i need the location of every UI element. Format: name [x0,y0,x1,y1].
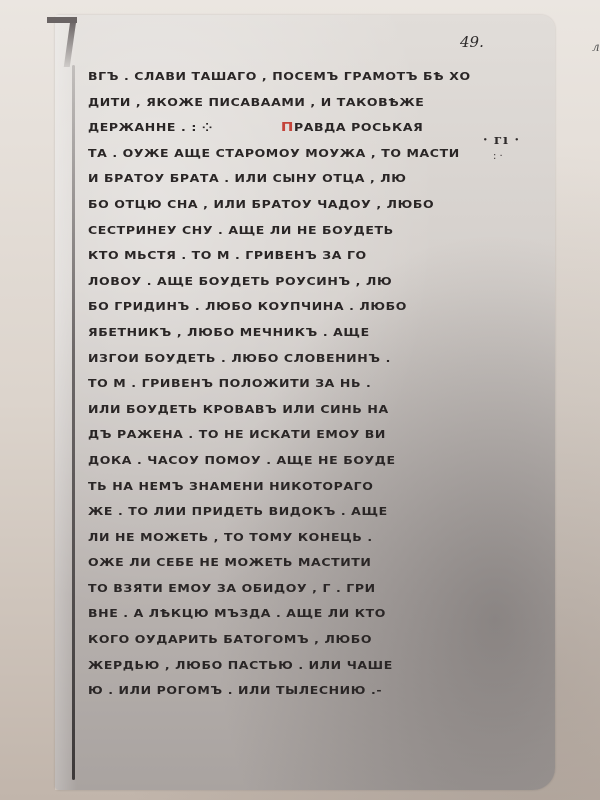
text-line: бо гридинъ . любо коупчина . любо [88,297,488,318]
text-line: вгъ . слави ташаго , посемъ грамотъ бѣ х… [88,66,488,87]
text-line: дити , якоже писаваами , и таковѣже [88,92,488,113]
text-line: и братоу брата . или сыну отца , лю [88,169,488,190]
text-line-rubric: держанне . : ⁘ Правда роськая [88,117,488,138]
text-line: дъ ражена . то не искати емоу ви [88,425,488,446]
margin-dots: : · [493,151,503,162]
text-line: оже ли себе не можеть мастити [88,553,488,574]
book-page: л 49. · гı · : · вгъ . слави ташаго , по… [0,0,600,800]
text-line: дока . часоу помоу . аще не боуде [88,450,488,471]
text-line: та . оуже аще старомоу моужа , то масти [88,143,488,164]
text-line: вне . а лѣкцю мъзда . аще ли кто [88,604,488,625]
text-line: или боудеть кровавъ или синь на [88,399,488,420]
text-line: изгои боудеть . любо словенинъ . [88,348,488,369]
text-line: ловоу . аще боудеть роусинъ , лю [88,271,488,292]
rubric-title: равда роськая [294,122,423,134]
text-line: сестринеу сну . аще ли не боудеть [88,220,488,241]
text-line: то взяти емоу за обидоу , г . гри [88,578,488,599]
text-line: же . то лии придеть видокъ . аще [88,501,488,522]
rubric-initial: П [281,120,294,135]
text-line: ябетникъ , любо мечникъ . аще [88,322,488,343]
text-line: кого оударить батогомъ , любо [88,629,488,650]
manuscript-text: вгъ . слави ташаго , посемъ грамотъ бѣ х… [88,64,488,704]
text-segment: держанне . : ⁘ [88,122,213,134]
text-line: ли не можеть , то тому конець . [88,527,488,548]
folio-number: 49. [460,33,484,51]
gutter-line [72,65,75,780]
text-line: кто мьстя . то м . гривенъ за го [88,245,488,266]
text-line: ть на немъ знамени никотораго [88,476,488,497]
margin-note: · гı · [483,133,520,148]
text-line-last: ю . или рогомъ . или тылеснию .- [88,681,488,702]
text-line: то м . гривенъ положити за нь . [88,373,488,394]
text-line: жердью , любо пастью . или чаше [88,655,488,676]
text-line: бо отцю сна , или братоу чадоу , любо [88,194,488,215]
page-edge-mark: л [592,40,600,54]
